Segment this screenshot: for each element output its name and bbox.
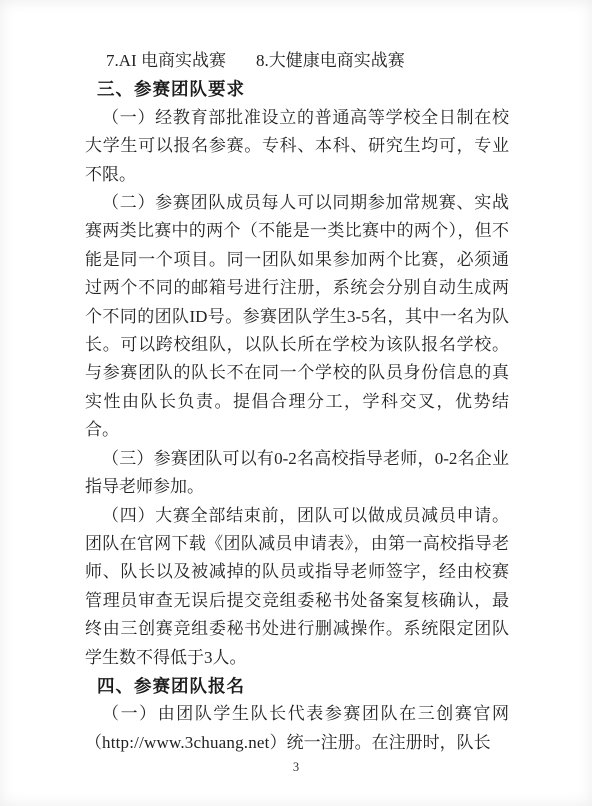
page-number: 3	[0, 759, 592, 775]
paragraph-3-1-eligibility: （一）经教育部批准设立的普通高等学校全日制在校大学生可以报名参赛。专科、本科、研…	[85, 104, 509, 189]
paragraph-3-4-member-reduction: （四）大赛全部结束前，团队可以做成员减员申请。团队在官网下载《团队减员申请表》，…	[85, 502, 509, 672]
section-4-heading-team-registration: 四、参赛团队报名	[85, 672, 509, 700]
list-item-7-ai-ecommerce: 7.AI 电商实战赛	[106, 51, 226, 70]
paragraph-4-1-text-after-url: ）统一注册。在注册时，队长	[270, 733, 491, 752]
practical-competition-list-line: 7.AI 电商实战赛8.大健康电商实战赛	[85, 47, 509, 75]
paragraph-3-3-advisors: （三）参赛团队可以有0-2名高校指导老师，0-2名企业指导老师参加。	[85, 445, 509, 502]
page-content: 7.AI 电商实战赛8.大健康电商实战赛 三、参赛团队要求 （一）经教育部批准设…	[85, 47, 509, 757]
section-3-heading-team-requirements: 三、参赛团队要求	[85, 75, 509, 103]
paragraph-3-2-team-composition: （二）参赛团队成员每人可以同期参加常规赛、实战赛两类比赛中的两个（不能是一类比赛…	[85, 189, 509, 445]
list-item-8-health-ecommerce: 8.大健康电商实战赛	[256, 51, 405, 70]
website-url: http://www.3chuang.net	[102, 733, 270, 752]
paragraph-4-1-registration: （一）由团队学生队长代表参赛团队在三创赛官网（http://www.3chuan…	[85, 700, 509, 757]
document-page: 7.AI 电商实战赛8.大健康电商实战赛 三、参赛团队要求 （一）经教育部批准设…	[0, 0, 592, 806]
